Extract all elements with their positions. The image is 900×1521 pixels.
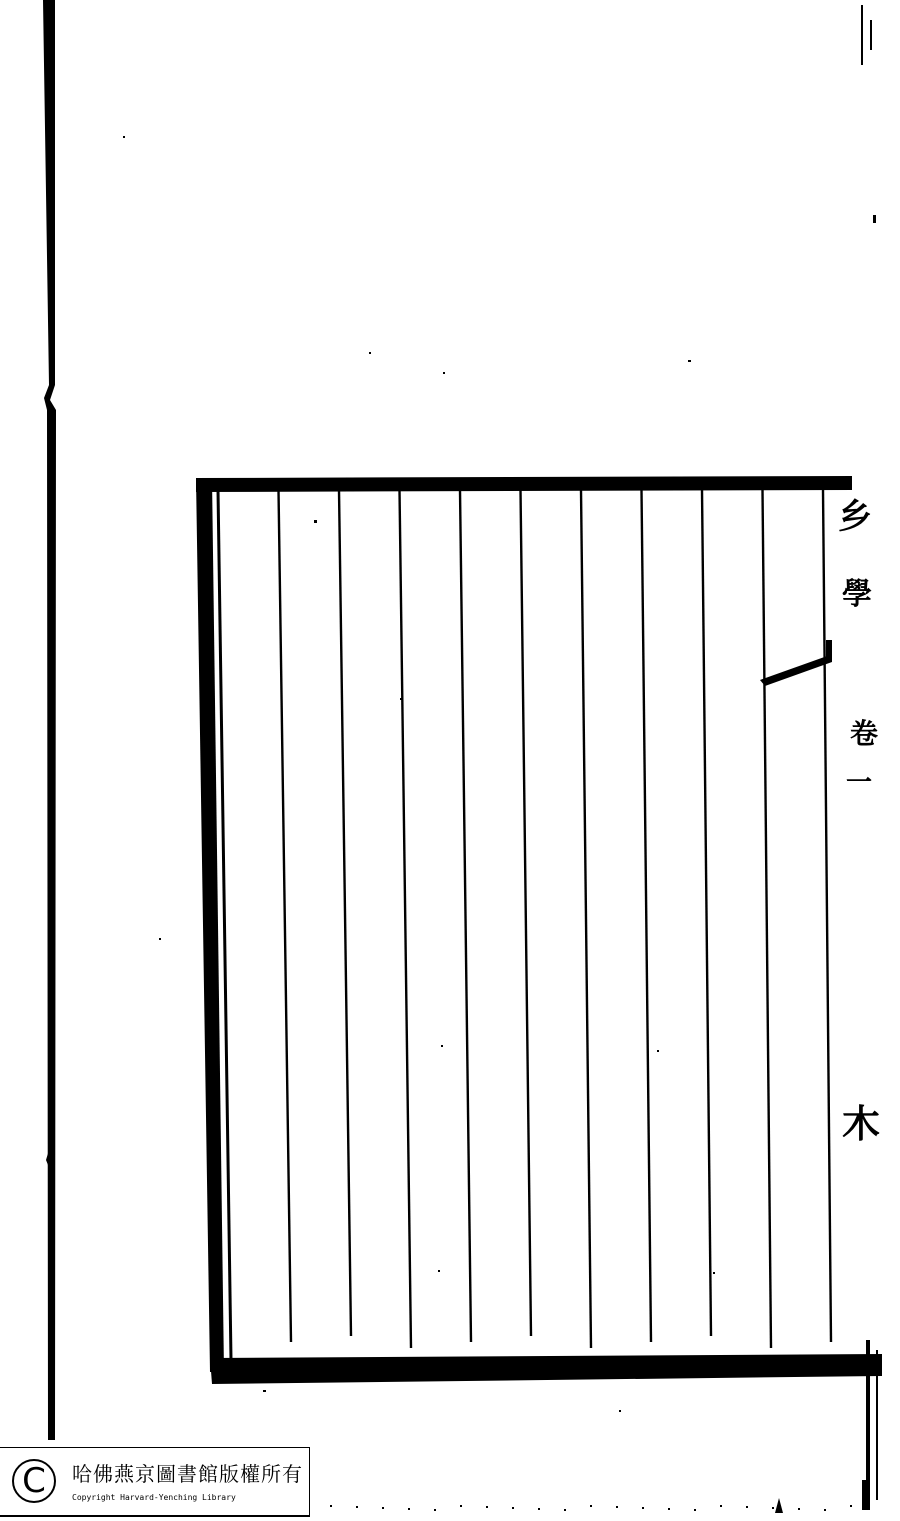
copyright-english: Copyright Harvard-Yenching Library	[72, 1493, 236, 1502]
margin-glyph-4: 一	[846, 770, 872, 796]
column-rules	[218, 490, 831, 1360]
copyright-icon: C	[12, 1459, 56, 1503]
margin-glyph-5: 木	[842, 1105, 880, 1143]
scanned-page: 乡 學 卷 一 木 C 哈佛燕京圖書館版權所有 Copyright Harvar…	[0, 0, 900, 1521]
margin-glyph-1: 乡	[838, 500, 872, 534]
margin-glyph-3: 卷	[850, 720, 878, 748]
right-edge-marks	[760, 5, 878, 1510]
frame-bottom	[210, 1354, 882, 1384]
margin-glyph-2: 學	[842, 580, 872, 610]
bottom-specks	[330, 1505, 852, 1511]
copyright-chinese: 哈佛燕京圖書館版權所有	[72, 1458, 303, 1487]
copyright-stamp: C 哈佛燕京圖書館版權所有 Copyright Harvard-Yenching…	[0, 1447, 310, 1517]
binding-edge-line	[43, 0, 56, 1440]
page-scan-lines	[0, 0, 900, 1521]
frame-top	[196, 476, 852, 492]
